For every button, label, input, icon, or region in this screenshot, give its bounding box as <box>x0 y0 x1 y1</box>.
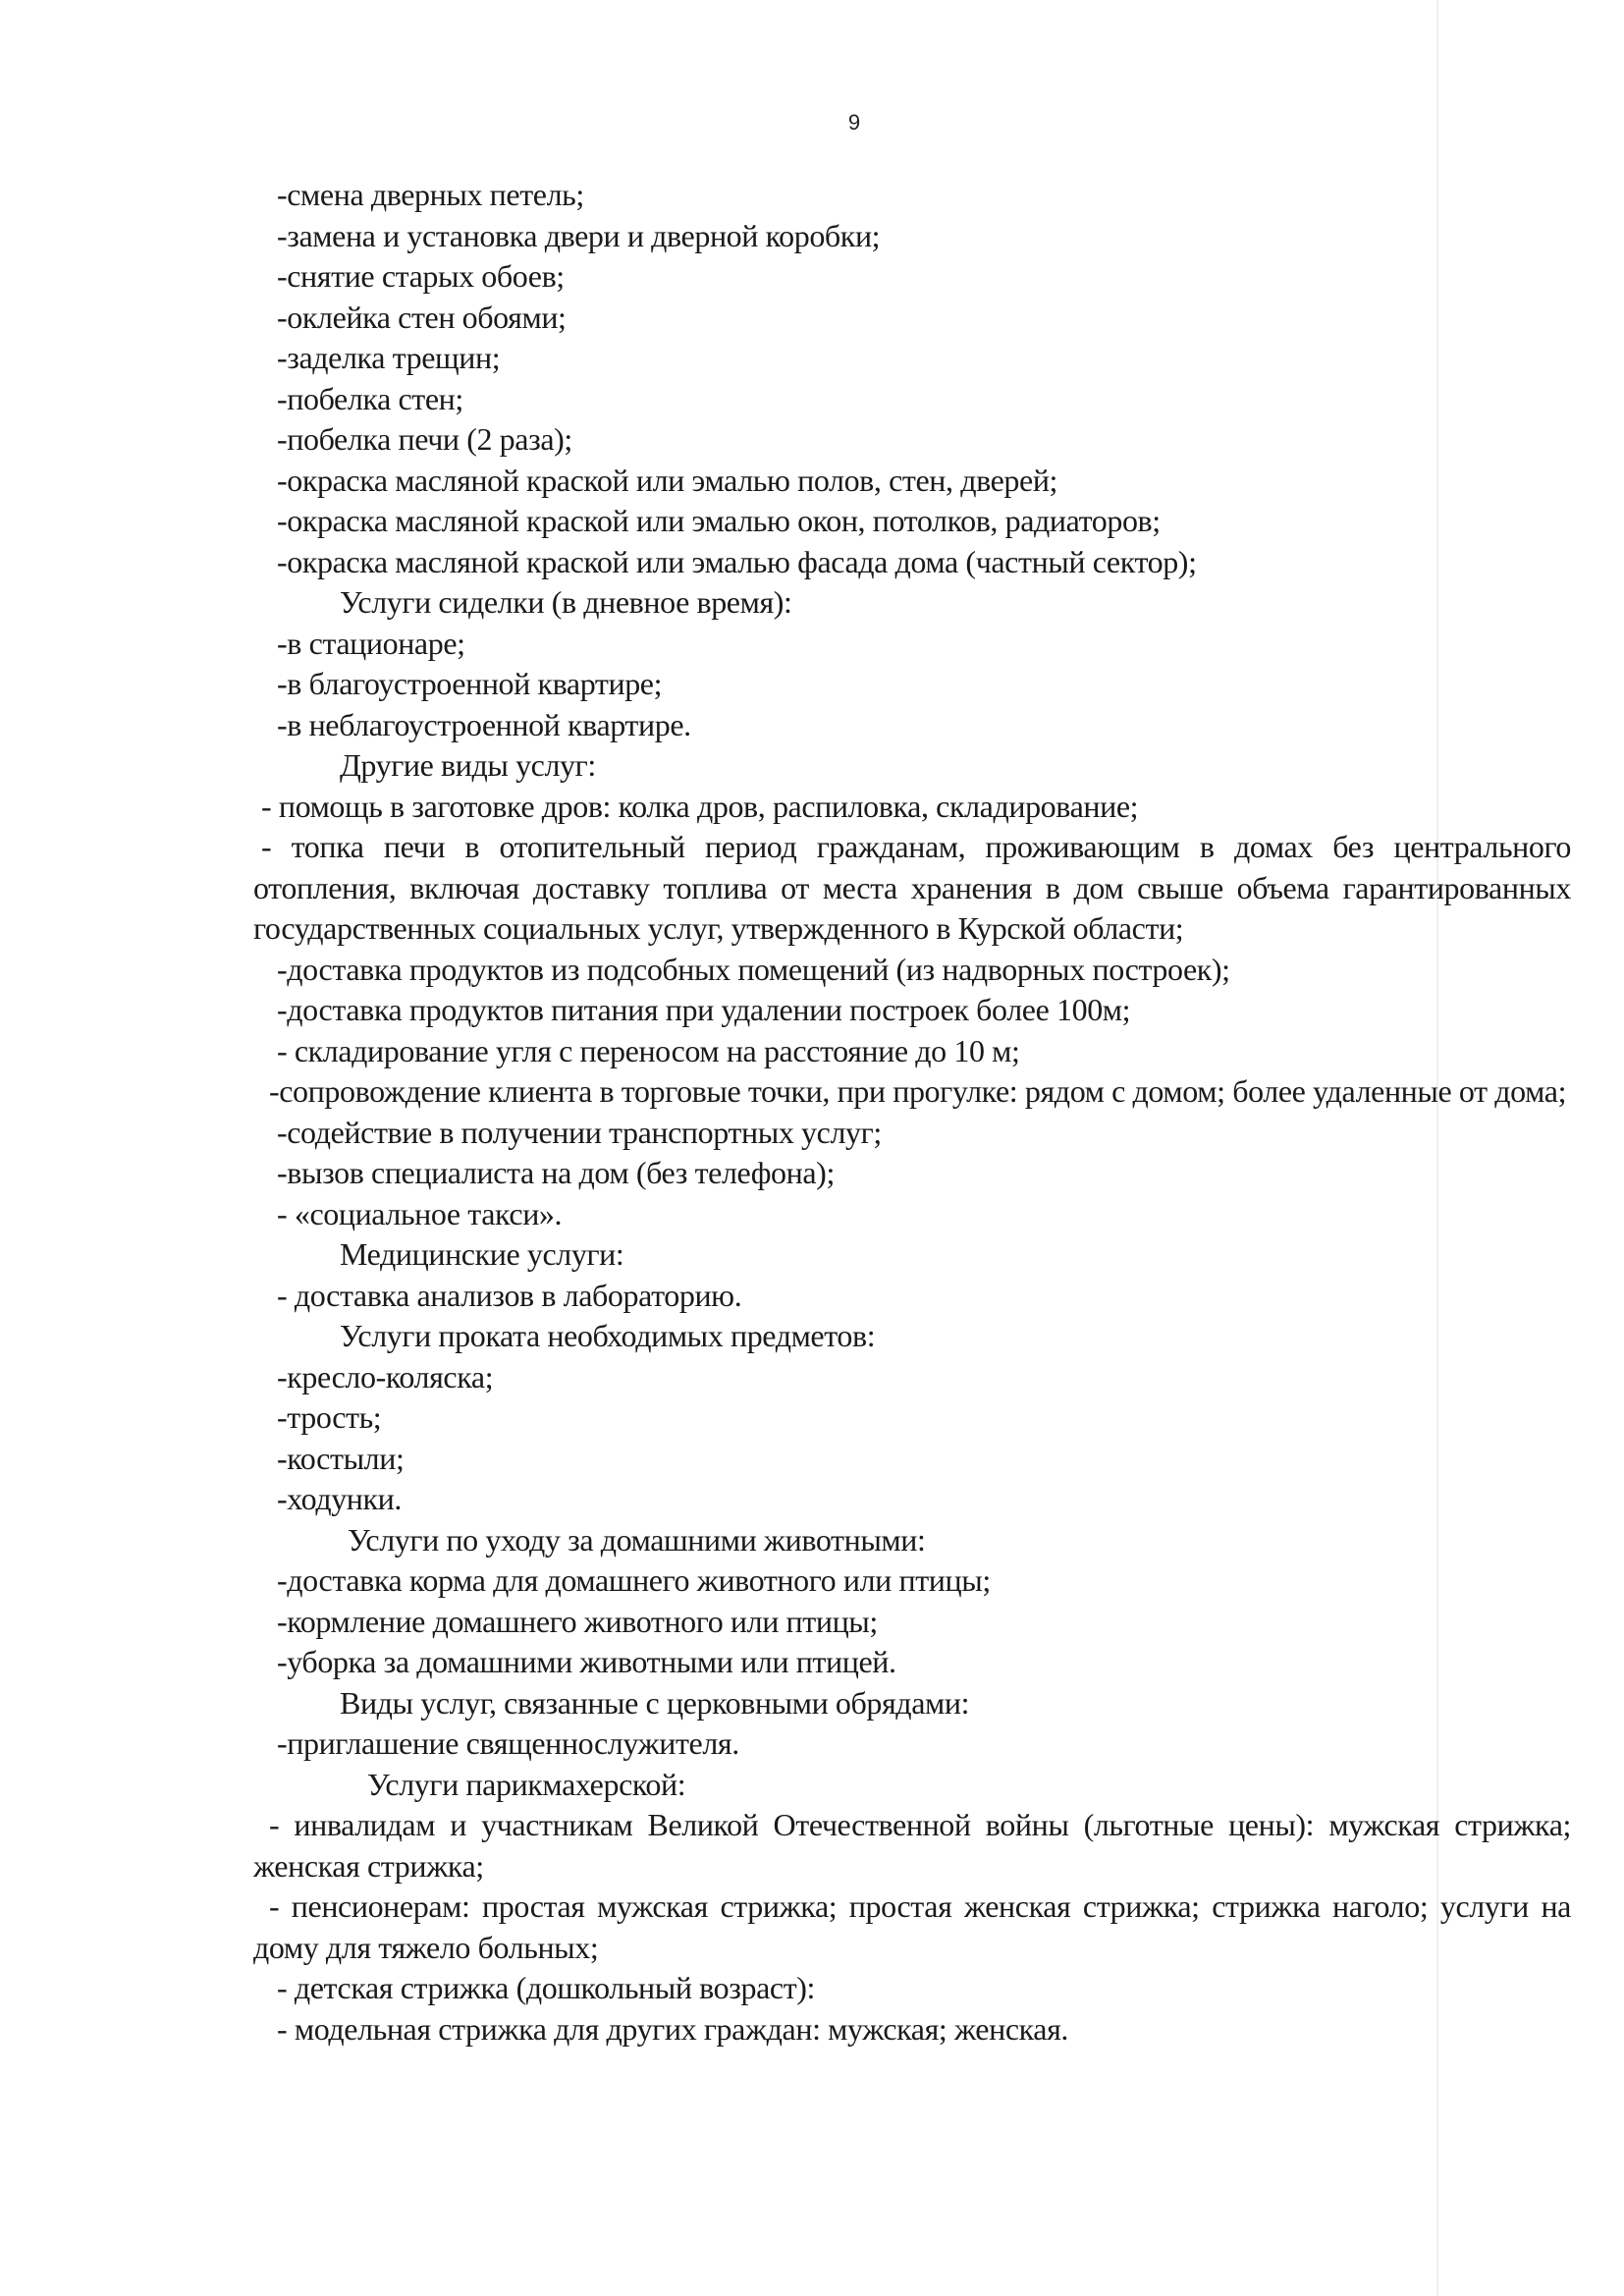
list-item-paragraph: - инвалидам и участникам Великой Отечест… <box>253 1805 1571 1886</box>
list-item: - доставка анализов в лабораторию. <box>253 1276 1571 1317</box>
list-item-text: - инвалидам и участникам Великой Отечест… <box>253 1807 1571 1884</box>
list-item-paragraph: - пенсионерам: простая мужская стрижка; … <box>253 1886 1571 1968</box>
list-item-paragraph: -сопровождение клиента в торговые точки,… <box>253 1071 1571 1113</box>
section-heading-rental: Услуги проката необходимых предметов: <box>253 1316 1571 1357</box>
list-item: -побелка стен; <box>253 379 1571 420</box>
list-item-text: -сопровождение клиента в торговые точки,… <box>253 1073 1566 1109</box>
list-item: -содействие в получении транспортных усл… <box>253 1113 1571 1154</box>
list-item: -окраска масляной краской или эмалью пол… <box>253 461 1571 502</box>
section-heading-nurse: Услуги сиделки (в дневное время): <box>253 582 1571 624</box>
list-item: - складирование угля с переносом на расс… <box>253 1031 1571 1072</box>
list-item: -окраска масляной краской или эмалью око… <box>253 501 1571 542</box>
list-item: -трость; <box>253 1397 1571 1439</box>
section-heading-other: Другие виды услуг: <box>253 745 1571 787</box>
list-item: - «социальное такси». <box>253 1194 1571 1235</box>
list-item: -заделка трещин; <box>253 338 1571 379</box>
list-item: -окраска масляной краской или эмалью фас… <box>253 542 1571 583</box>
list-item: -доставка продуктов питания при удалении… <box>253 990 1571 1031</box>
list-item: -уборка за домашними животными или птице… <box>253 1642 1571 1683</box>
section-heading-barber: Услуги парикмахерской: <box>253 1765 1571 1806</box>
list-item: -ходунки. <box>253 1479 1571 1520</box>
list-item: - помощь в заготовке дров: колка дров, р… <box>253 787 1571 828</box>
list-item: -замена и установка двери и дверной коро… <box>253 216 1571 257</box>
list-item: -доставка корма для домашнего животного … <box>253 1560 1571 1602</box>
list-item-text: - пенсионерам: простая мужская стрижка; … <box>253 1888 1571 1965</box>
list-item: -в неблагоустроенной квартире. <box>253 705 1571 746</box>
list-item: -оклейка стен обоями; <box>253 298 1571 339</box>
list-item-paragraph: - топка печи в отопительный период гражд… <box>253 827 1571 950</box>
section-heading-pets: Услуги по уходу за домашними животными: <box>253 1520 1571 1561</box>
document-body: -смена дверных петель; -замена и установ… <box>253 175 1571 2050</box>
list-item: -кормление домашнего животного или птицы… <box>253 1602 1571 1643</box>
page-number: 9 <box>0 110 1624 136</box>
list-item: -доставка продуктов из подсобных помещен… <box>253 950 1571 991</box>
section-heading-medical: Медицинские услуги: <box>253 1234 1571 1276</box>
list-item: -в благоустроенной квартире; <box>253 664 1571 705</box>
list-item: -смена дверных петель; <box>253 175 1571 216</box>
list-item: -побелка печи (2 раза); <box>253 419 1571 461</box>
list-item: -костыли; <box>253 1439 1571 1480</box>
list-item: -кресло-коляска; <box>253 1357 1571 1398</box>
list-item: -вызов специалиста на дом (без телефона)… <box>253 1153 1571 1194</box>
list-item: -приглашение священнослужителя. <box>253 1723 1571 1765</box>
list-item: - модельная стрижка для других граждан: … <box>253 2009 1571 2050</box>
list-item: - детская стрижка (дошкольный возраст): <box>253 1968 1571 2009</box>
list-item: -в стационаре; <box>253 624 1571 665</box>
list-item: -снятие старых обоев; <box>253 256 1571 298</box>
section-heading-church: Виды услуг, связанные с церковными обряд… <box>253 1683 1571 1724</box>
list-item-text: - топка печи в отопительный период гражд… <box>253 829 1571 946</box>
